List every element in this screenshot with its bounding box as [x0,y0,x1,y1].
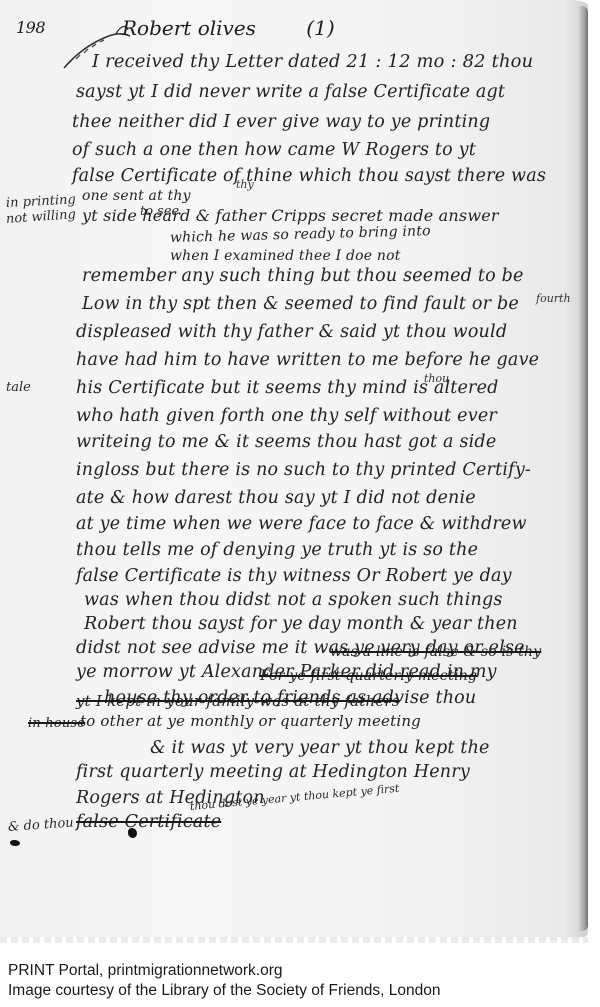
manuscript-line: Robert thou sayst for ye day month & yea… [84,614,518,634]
manuscript-line: & it was yt very year yt thou kept the [150,738,490,758]
manuscript-line: thee neither did I ever give way to ye p… [72,112,490,132]
manuscript-line: when I examined thee I doe not [170,248,401,264]
manuscript-line: ate & how darest thou say yt I did not d… [76,488,476,508]
margin-note: tale [6,380,31,395]
heading-name: Robert olives [122,16,256,40]
struck-line: was a line is false & so is thy [330,644,541,660]
margin-note: to see [140,204,179,219]
ink-blot [128,828,137,838]
manuscript-line: which he was so ready to bring into [170,223,431,246]
folio-number: 198 [16,18,45,37]
manuscript-line: was when thou didst not a spoken such th… [84,590,503,610]
caption-source: PRINT Portal, printmigrationnetwork.org [8,961,441,981]
struck-line: in house [28,716,85,731]
manuscript-line: I received thy Letter dated 21 : 12 mo :… [92,52,533,72]
manuscript-line: thou tells me of denying ye truth yt is … [76,540,478,560]
manuscript-line: one sent at thy [82,188,191,204]
manuscript-line: writeing to me & it seems thou hast got … [76,432,496,452]
manuscript-line: remember any such thing but thou seemed … [82,266,524,286]
manuscript-line: at ye time when we were face to face & w… [76,514,527,534]
interlinear-insertion: thou [424,372,449,385]
image-caption: PRINT Portal, printmigrationnetwork.org … [8,961,441,1001]
manuscript-line: of such a one then how came W Rogers to … [72,140,476,160]
struck-line: For ye first quarterly meeting [260,668,477,684]
heading-page-number: (1) [306,16,334,40]
manuscript-line-struck: false Certificate [76,812,221,832]
manuscript-line: false Certificate is thy witness Or Robe… [76,566,512,586]
caption-credit: Image courtesy of the Library of the Soc… [8,981,441,1001]
manuscript-line: displeased with thy father & said yt tho… [76,322,507,342]
interlinear-insertion: fourth [536,292,571,305]
manuscript-line: to other at ye monthly or quarterly meet… [80,712,421,730]
ink-blot [10,840,20,846]
manuscript-line: sayst yt I did never write a false Certi… [76,82,505,102]
manuscript-line: who hath given forth one thy self withou… [76,406,497,426]
manuscript-line: ingloss but there is no such to thy prin… [76,460,531,480]
manuscript-line: first quarterly meeting at Hedington Hen… [76,762,470,782]
manuscript-line: have had him to have written to me befor… [76,350,539,370]
letter-heading: Robert olives (1) [122,16,335,40]
manuscript-line: Low in thy spt then & seemed to find fau… [82,294,519,314]
manuscript-line: false Certificate of thine which thou sa… [72,166,546,186]
interlinear-insertion: thy [236,178,254,191]
struck-line: yt I kept in your family was at thy fath… [76,692,400,710]
